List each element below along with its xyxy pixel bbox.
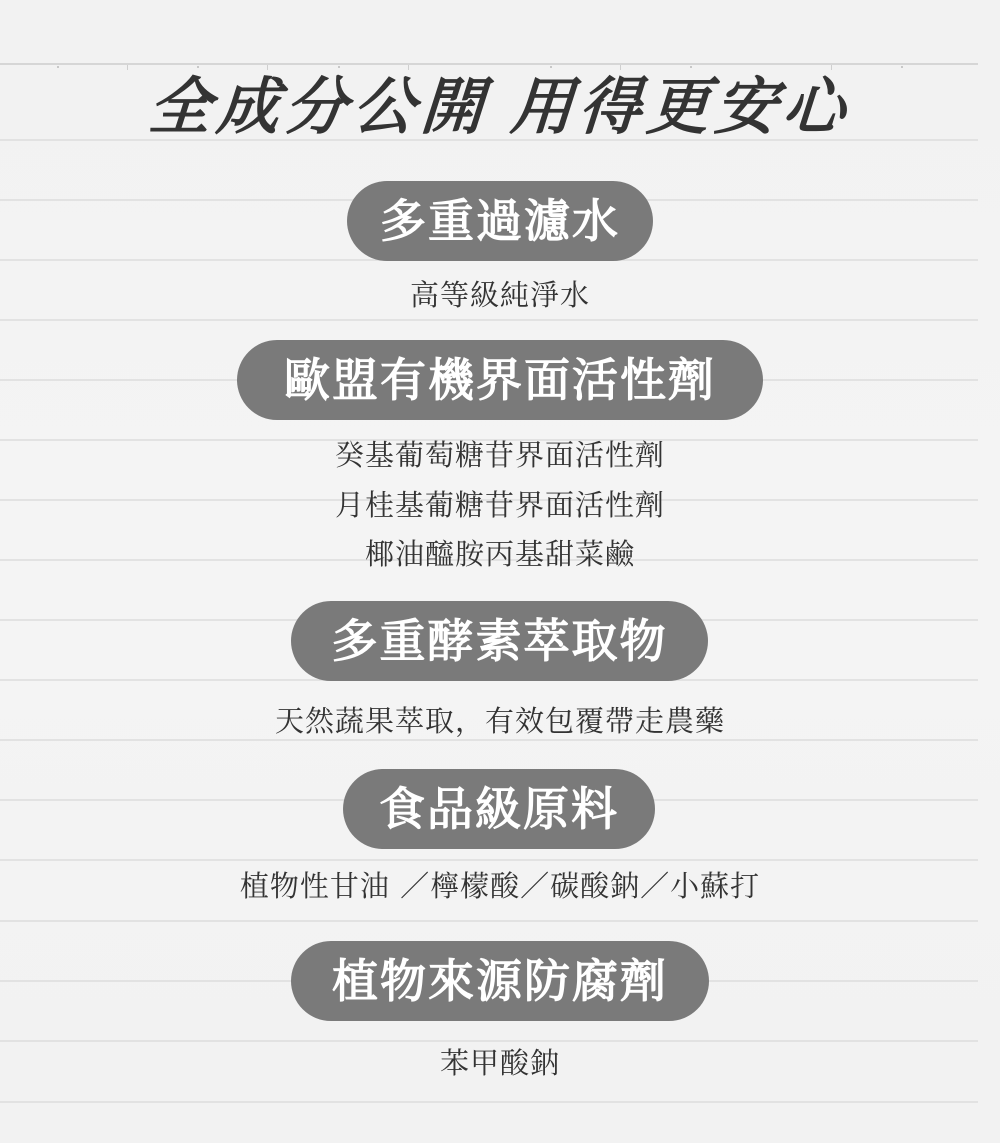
section-description: 苯甲酸鈉 <box>0 1045 1000 1081</box>
ruled-line <box>0 920 978 922</box>
section-description: 天然蔬果萃取，有效包覆帶走農藥 <box>0 703 1000 739</box>
ruled-line <box>0 859 978 861</box>
section-heading-food-grade: 食品級原料 <box>343 769 655 849</box>
page-title: 全成分公開用得更安心 <box>0 62 1000 152</box>
section-heading-enzyme-extract: 多重酵素萃取物 <box>291 601 708 681</box>
ruled-line <box>0 739 978 741</box>
ruled-line <box>0 1101 978 1103</box>
title-part-1: 全成分公開 <box>146 70 491 143</box>
section-description: 癸基葡萄糖苷界面活性劑 <box>0 437 1000 473</box>
section-heading-filtered-water: 多重過濾水 <box>347 181 653 261</box>
section-description: 月桂基葡糖苷界面活性劑 <box>0 487 1000 523</box>
section-description: 植物性甘油 ／檸檬酸／碳酸鈉／小蘇打 <box>0 868 1000 904</box>
title-part-2: 用得更安心 <box>508 70 853 143</box>
ruled-line <box>0 1040 978 1042</box>
ruled-line <box>0 319 978 321</box>
section-heading-organic-surfactant: 歐盟有機界面活性劑 <box>237 340 763 420</box>
section-description: 椰油醯胺丙基甜菜鹼 <box>0 536 1000 572</box>
section-description: 高等級純淨水 <box>0 277 1000 313</box>
section-heading-plant-preservative: 植物來源防腐劑 <box>291 941 709 1021</box>
